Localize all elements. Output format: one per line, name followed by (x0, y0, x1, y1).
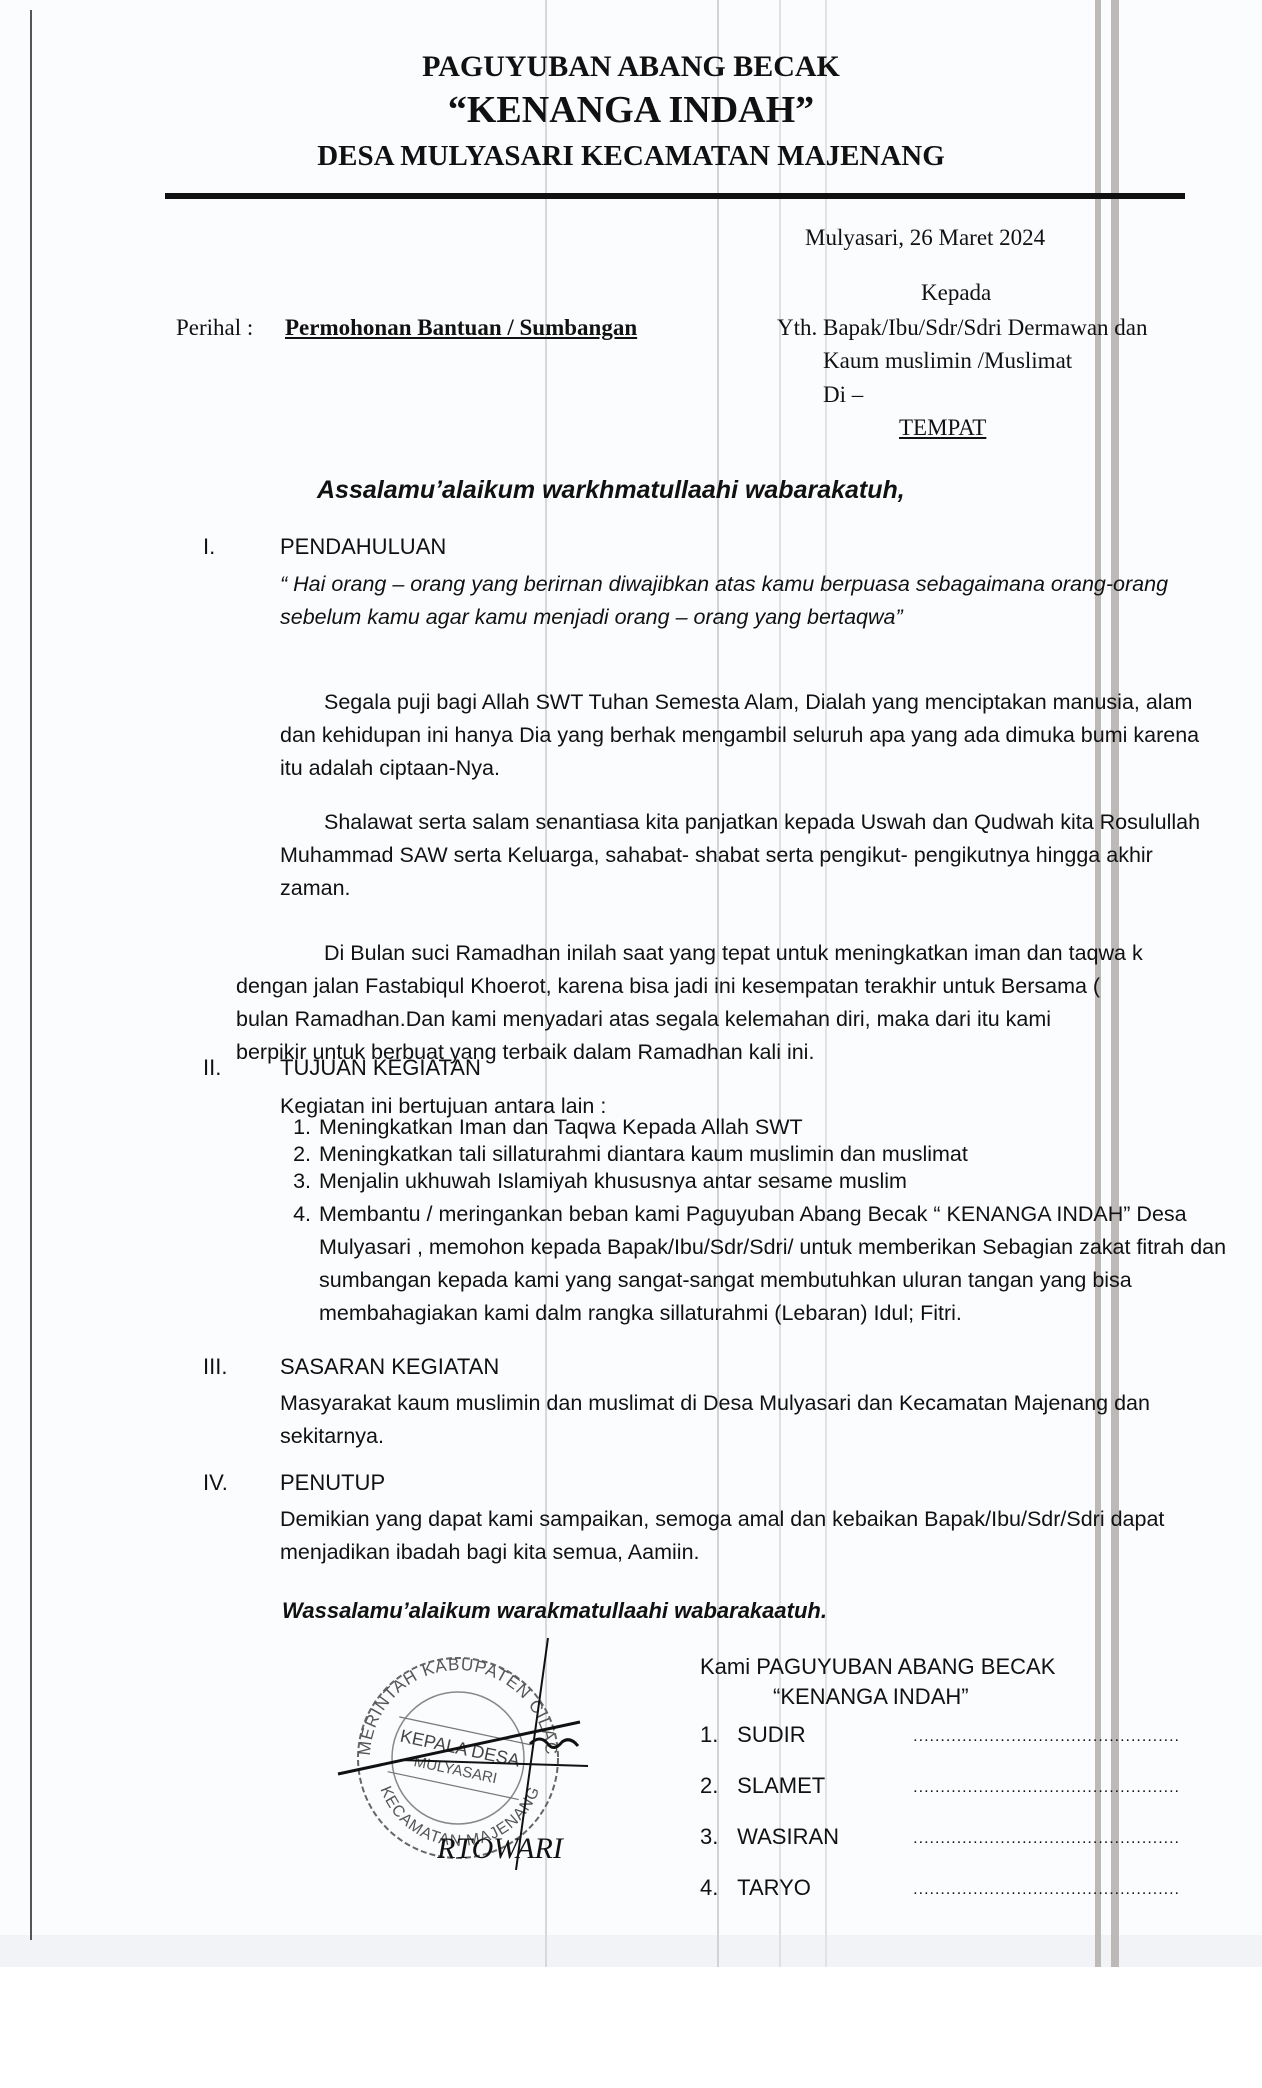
signatory-name: TARYO (737, 1875, 913, 1901)
signatory-name: SLAMET (737, 1773, 913, 1799)
signature-line: ........................................… (913, 1824, 1180, 1850)
goal-item: Menjalin ukhuwah Islamiyah khususnya ant… (317, 1168, 1227, 1195)
signatory-number: 2. (700, 1773, 737, 1799)
section-1-title: PENDAHULUAN (280, 534, 446, 560)
signatory-number: 3. (700, 1824, 737, 1850)
recipient-line-2: Kaum muslimin /Muslimat (823, 348, 1072, 374)
subject-label: Perihal : (176, 315, 253, 341)
letter-date: Mulyasari, 26 Maret 2024 (805, 225, 1045, 251)
signatory-number: 4. (700, 1875, 737, 1901)
section-2-title: TUJUAN KEGIATAN (280, 1055, 481, 1081)
section-2-number: II. (203, 1055, 221, 1081)
signatory-name: SUDIR (737, 1722, 913, 1748)
signatory-header-1: Kami PAGUYUBAN ABANG BECAK (700, 1654, 1055, 1680)
subject-value: Permohonan Bantuan / Sumbangan (285, 315, 637, 341)
section-3-number: III. (203, 1354, 227, 1380)
recipient-line-3: Di – (823, 382, 863, 408)
letterhead-group-name: “KENANGA INDAH” (0, 88, 1262, 132)
section-1-number: I. (203, 534, 215, 560)
signature-line: ........................................… (913, 1875, 1180, 1901)
signatory-row: 3. WASIRAN .............................… (700, 1824, 1180, 1850)
paragraph-line: bulan Ramadhan.Dan kami menyadari atas s… (280, 1003, 1220, 1036)
signatory-row: 1. SUDIR ...............................… (700, 1722, 1180, 1748)
signature-line: ........................................… (913, 1722, 1180, 1748)
section-1-paragraph-1: Segala puji bagi Allah SWT Tuhan Semesta… (280, 686, 1220, 785)
scan-artifact-line (30, 10, 32, 1940)
section-4-title: PENUTUP (280, 1470, 385, 1496)
signatory-row: 2. SLAMET ..............................… (700, 1773, 1180, 1799)
paragraph-line: Di Bulan suci Ramadhan inilah saat yang … (280, 937, 1220, 970)
goal-item: Meningkatkan tali sillaturahmi diantara … (317, 1141, 1227, 1168)
signatory-number: 1. (700, 1722, 737, 1748)
official-stamp: PEMERINTAH KABUPATEN CILACAP KECAMATAN M… (330, 1630, 590, 1870)
recipient-line-1: Yth. Bapak/Ibu/Sdr/Sdri Dermawan dan (777, 315, 1147, 341)
letterhead-org-name: PAGUYUBAN ABANG BECAK (0, 50, 1262, 84)
letterhead-address: DESA MULYASARI KECAMATAN MAJENANG (0, 140, 1262, 173)
signatory-row: 4. TARYO ...............................… (700, 1875, 1180, 1901)
section-1-paragraph-3: Di Bulan suci Ramadhan inilah saat yang … (280, 937, 1220, 1069)
letterhead-divider (165, 193, 1185, 199)
section-4-number: IV. (203, 1470, 228, 1496)
opening-greeting: Assalamu’alaikum warkhmatullaahi wabarak… (317, 476, 905, 505)
paragraph-line: dengan jalan Fastabiqul Khoerot, karena … (280, 970, 1220, 1003)
scan-edge (0, 1935, 1262, 1967)
section-1-paragraph-2: Shalawat serta salam senantiasa kita pan… (280, 806, 1220, 905)
goals-list: Meningkatkan Iman dan Taqwa Kepada Allah… (280, 1114, 1227, 1330)
signature-name: RTOWARI (436, 1832, 565, 1865)
goal-item: Meningkatkan Iman dan Taqwa Kepada Allah… (317, 1114, 1227, 1141)
signature-line: ........................................… (913, 1773, 1180, 1799)
goal-item: Membantu / meringankan beban kami Paguyu… (317, 1198, 1227, 1330)
recipient-place: TEMPAT (899, 415, 986, 441)
recipient-kepada: Kepada (921, 280, 991, 306)
signatory-header-2: “KENANGA INDAH” (773, 1684, 969, 1710)
section-4-text: Demikian yang dapat kami sampaikan, semo… (280, 1503, 1210, 1569)
signatory-name: WASIRAN (737, 1824, 913, 1850)
closing-greeting: Wassalamu’alaikum warakmatullaahi wabara… (282, 1598, 827, 1624)
section-3-title: SASARAN KEGIATAN (280, 1354, 499, 1380)
section-3-text: Masyarakat kaum muslimin dan muslimat di… (280, 1387, 1210, 1453)
section-1-quote: “ Hai orang – orang yang berirnan diwaji… (280, 568, 1200, 634)
